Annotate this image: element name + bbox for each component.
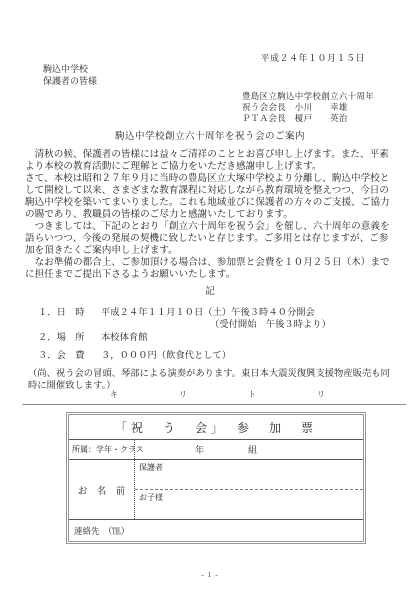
cutline-label: キ リ ト リ <box>110 389 325 400</box>
sender-chairman: 祝う会会長 小川 幸雄 <box>242 102 374 113</box>
year-label: 年 <box>195 443 204 456</box>
sender-pta-chairman: ＰＴＡ会長 榎戸 英治 <box>242 113 374 124</box>
name-row: お 名 前 保護者 お子様 <box>69 460 363 520</box>
item-place: ２．場 所 本校体育館 <box>38 329 148 343</box>
reception-note: （受付開始 午後３時より） <box>210 316 331 330</box>
child-name-field: お子様 <box>135 490 363 519</box>
cutline-char: ト <box>248 389 256 400</box>
body-line: の賜であり、教職員の皆様のご尽力と感謝いたしております。 <box>25 209 390 221</box>
class-label: 組 <box>248 443 257 456</box>
document-title: 駒込中学校創立六十周年を祝う会のご案内 <box>0 128 420 142</box>
name-label: お 名 前 <box>69 460 135 519</box>
name-input-area: 保護者 お子様 <box>135 460 363 519</box>
body-line: なお準備の都合上、ご参加頂ける場合は、参加票と会費を１０月２５日（木）まで <box>25 257 390 269</box>
body-line: 加を頂きたくご案内申し上げます。 <box>25 245 390 257</box>
postscript-line: （尚、祝う会の冒頭、琴部による演奏があります。東日本大震災復興支援物産販売も同 <box>28 369 390 381</box>
body-line: 語らいつつ、今後の発展の契機に致したいと存じます。ご多用とは存じますが、ご参 <box>25 233 390 245</box>
item-label: ２．場 所 <box>38 329 101 343</box>
cutline-char: リ <box>317 389 325 400</box>
cut-line-divider <box>22 404 406 405</box>
affiliation-label: 所属：学年・クラス <box>69 440 135 459</box>
body-line: 清秋の候、保護者の皆様には益々ご清祥のこととお喜び申し上げます。また、平素 <box>25 149 390 161</box>
item-fee: ３．会 費 ３，０００円（飲食代として） <box>38 347 231 361</box>
addressee-school: 駒込中学校 <box>43 64 97 76</box>
contact-label: 連絡先 （℡） <box>74 525 129 537</box>
issue-date: 平成２４年１０月１５日 <box>260 51 365 64</box>
guardian-name-field: 保護者 <box>135 460 363 490</box>
item-label: １．日 時 <box>38 304 101 318</box>
cutline-char: キ <box>110 389 118 400</box>
item-label: ３．会 費 <box>38 347 101 361</box>
page-number: - 1 - <box>0 570 420 579</box>
form-title: 「祝 う 会」 参 加 票 <box>69 415 363 440</box>
contact-row: 連絡先 （℡） <box>69 520 363 541</box>
affiliation-input-area: 年 組 <box>135 440 363 459</box>
sender-block: 豊島区立駒込中学校創立六十周年 祝う会会長 小川 幸雄 ＰＴＡ会長 榎戸 英治 <box>242 91 374 124</box>
addressee-block: 駒込中学校 保護者の皆様 <box>43 64 97 87</box>
body-text: 清秋の候、保護者の皆様には益々ご清祥のこととお喜び申し上げます。また、平素 より… <box>25 149 390 281</box>
addressee-guardians: 保護者の皆様 <box>43 76 97 88</box>
participation-slip-form: 「祝 う 会」 参 加 票 所属：学年・クラス 年 組 お 名 前 保護者 お子… <box>66 412 366 544</box>
body-line: に担任までご提出下さるようお願いいたします。 <box>25 269 390 281</box>
guardian-label: 保護者 <box>139 463 163 472</box>
child-label: お子様 <box>139 493 163 502</box>
cutline-char: リ <box>179 389 187 400</box>
body-line: して開校して以来、さまざまな教育課程に対応しながら教育環境を整えつつ、今日の <box>25 185 390 197</box>
sender-organization: 豊島区立駒込中学校創立六十周年 <box>242 91 374 102</box>
document-page: 平成２４年１０月１５日 駒込中学校 保護者の皆様 豊島区立駒込中学校創立六十周年… <box>0 0 420 594</box>
body-line: つきましては、下記のとおり「創立六十周年を祝う会」を催し、六十周年の意義を <box>25 221 390 233</box>
body-line: 駒込中学校を築いてまいりました。これも地域並びに保護者の方々のご支援、ご協力 <box>25 197 390 209</box>
item-value: 本校体育館 <box>101 329 148 343</box>
affiliation-row: 所属：学年・クラス 年 組 <box>69 440 363 460</box>
body-line: より本校の教育活動にご理解とご協力をいただき感謝申し上げます。 <box>25 161 390 173</box>
body-line: さて、本校は昭和２７年９月に当時の豊島区立大塚中学校より分離し、駒込中学校と <box>25 173 390 185</box>
record-marker: 記 <box>0 283 420 297</box>
item-value: ３，０００円（飲食代として） <box>101 347 231 361</box>
